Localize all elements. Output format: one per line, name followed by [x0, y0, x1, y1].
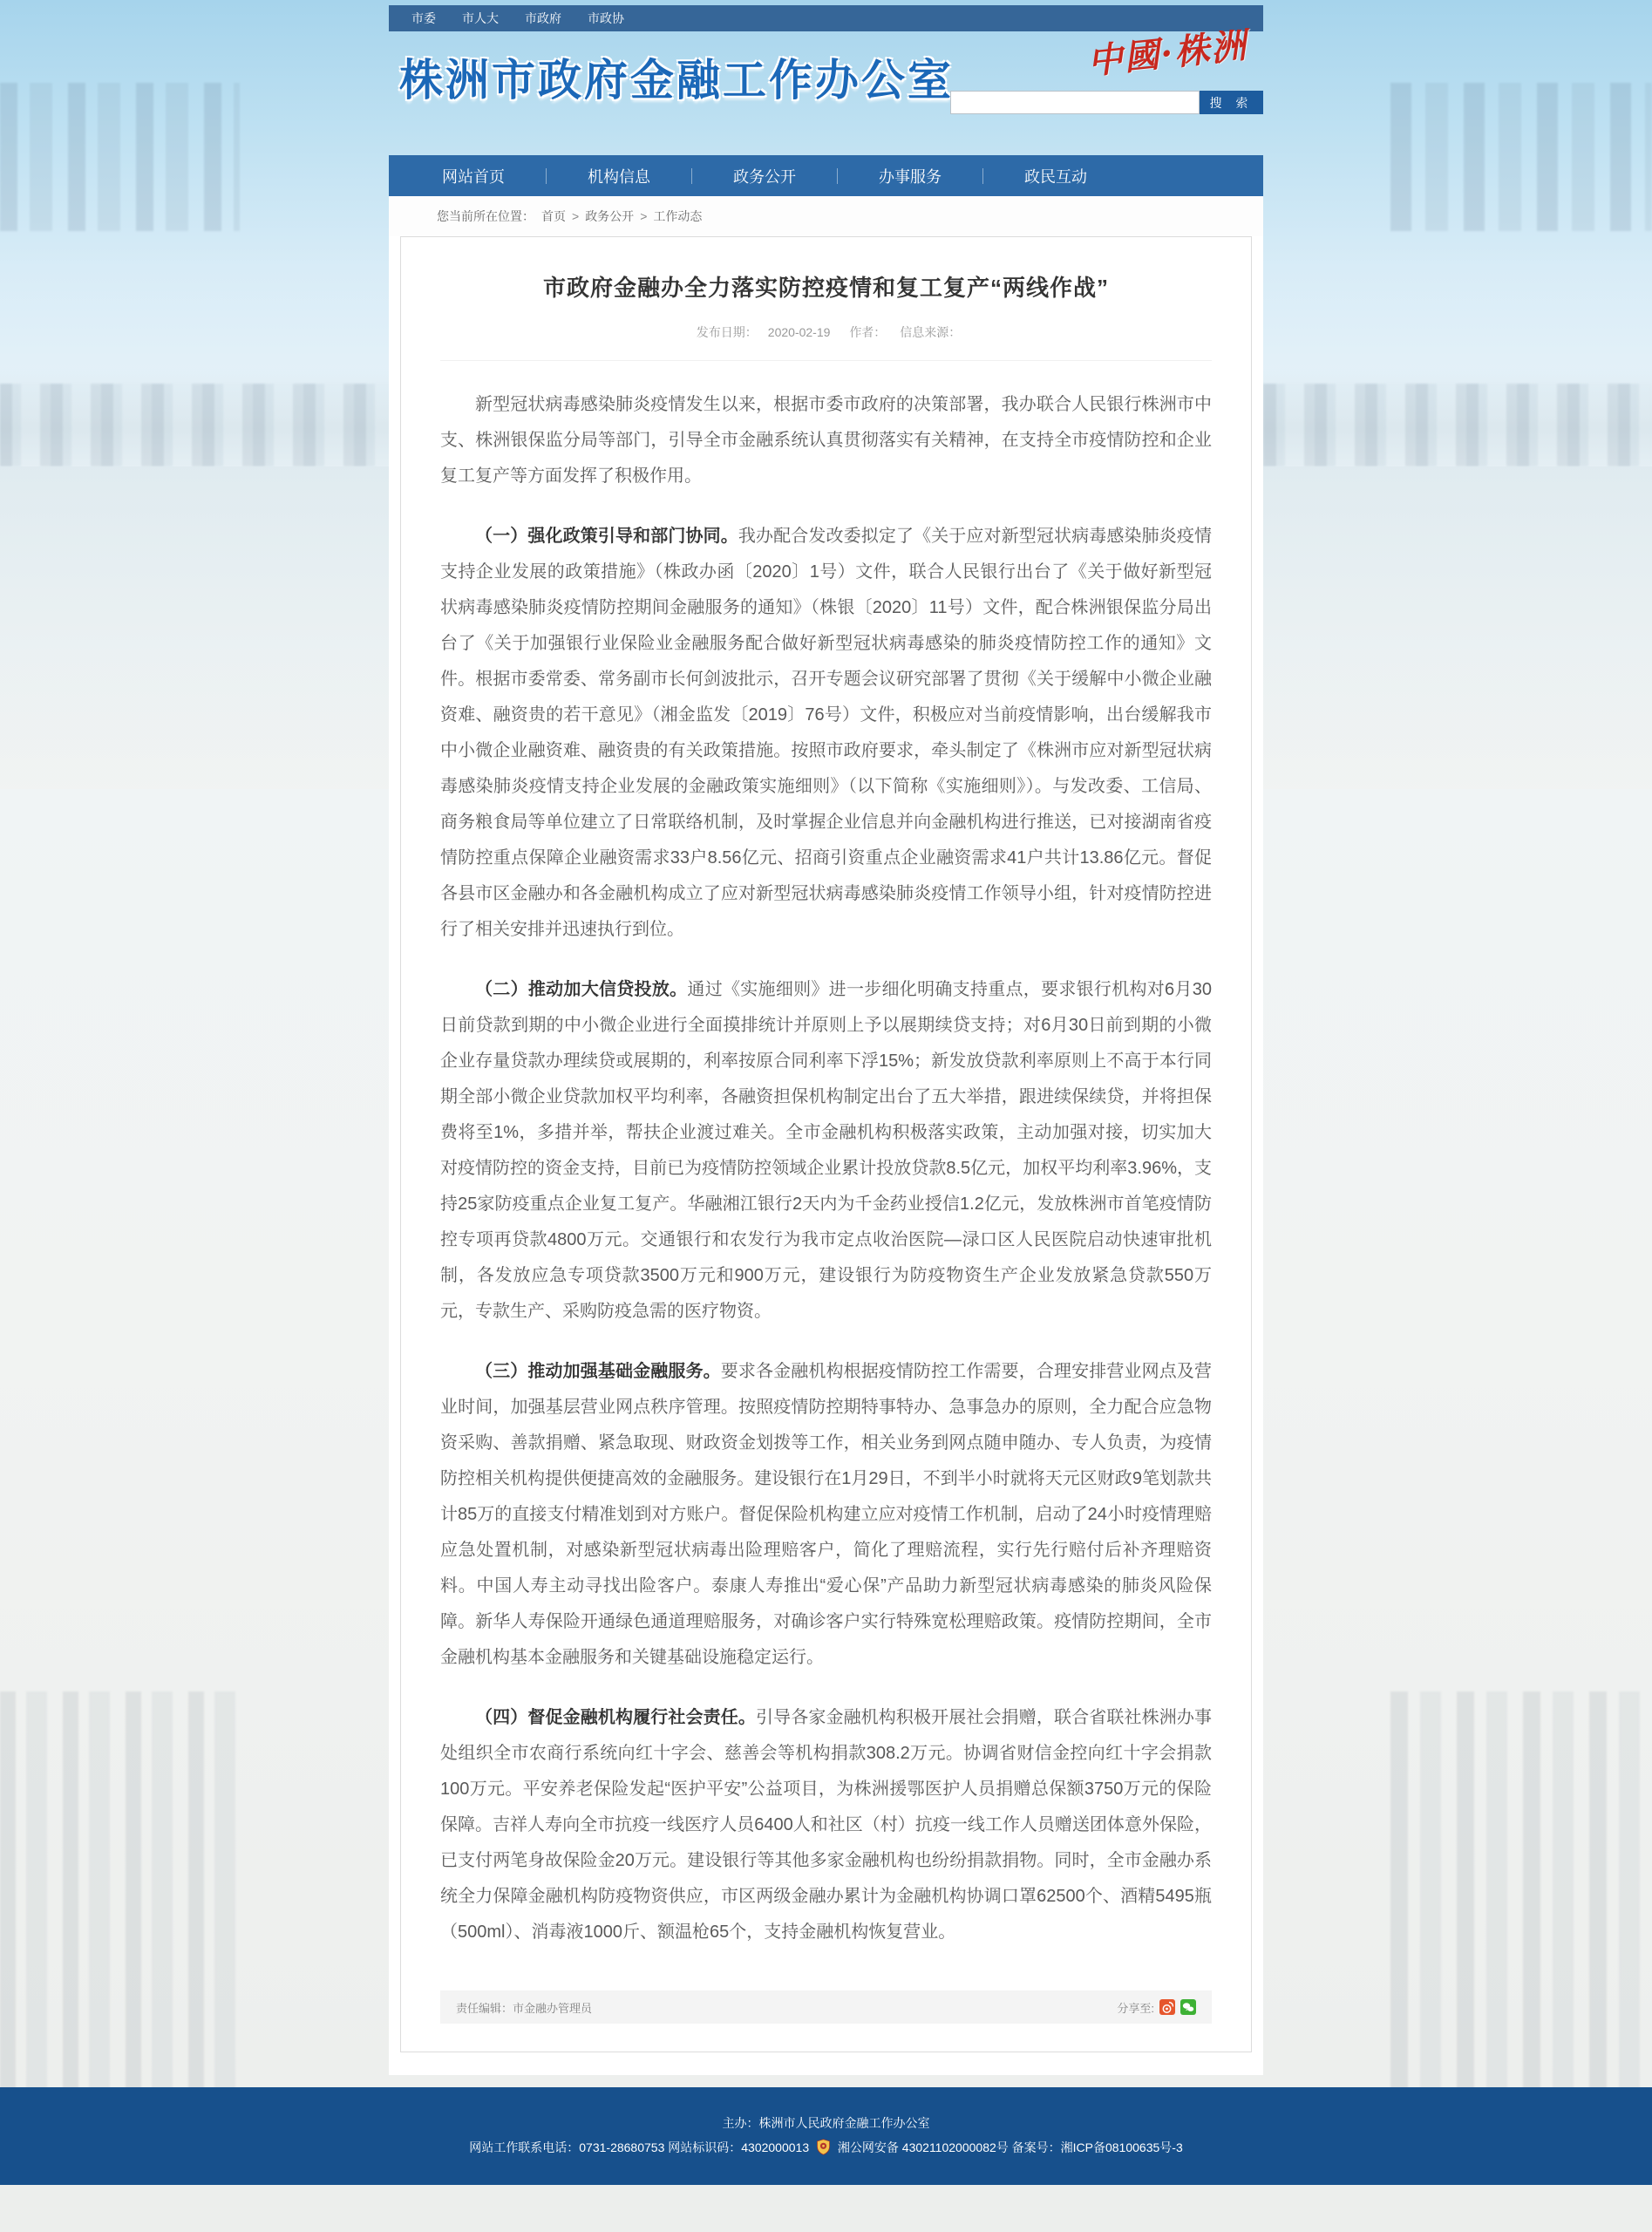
top-gov-links-bar: 市委市人大市政府市政协 [389, 5, 1263, 31]
breadcrumb-prefix: 您当前所在位置： [437, 208, 534, 225]
author-label: 作者： [849, 325, 886, 339]
article-meta: 发布日期：2020-02-19 作者： 信息来源： [440, 323, 1212, 361]
editor-credit: 责任编辑：市金融办管理员 [456, 1999, 592, 2016]
paragraph-text: 新型冠状病毒感染肺炎疫情发生以来，根据市委市政府的决策部署，我办联合人民银行株洲… [440, 395, 1212, 486]
footer-record-right: 湘公网安备 43021102000082号 备案号：湘ICP备08100635号… [838, 2140, 1183, 2154]
paragraph-lead: （四）督促金融机构履行社会责任。 [475, 1708, 756, 1727]
breadcrumb-items: 首页>政务公开>工作动态 [541, 208, 702, 225]
search-button[interactable]: 搜 索 [1200, 91, 1263, 114]
city-skyline-top-left [0, 83, 240, 231]
article-paragraph: 新型冠状病毒感染肺炎疫情发生以来，根据市委市政府的决策部署，我办联合人民银行株洲… [440, 387, 1212, 494]
paragraph-text: 我办配合发改委拟定了《关于应对新型冠状病毒感染肺炎疫情支持企业发展的政策措施》（… [440, 527, 1212, 939]
topbar-link[interactable]: 市政府 [525, 10, 561, 27]
publish-date-label: 发布日期：2020-02-19 [691, 325, 836, 339]
nav-item[interactable]: 机构信息 [547, 165, 691, 187]
paragraph-lead: （二）推动加大信贷投放。 [475, 980, 687, 999]
search-input[interactable] [950, 91, 1200, 114]
breadcrumb: 您当前所在位置： 首页>政务公开>工作动态 [389, 196, 1263, 236]
share-widget: 分享至: [1117, 1999, 1196, 2016]
breadcrumb-link[interactable]: 首页 [541, 209, 566, 223]
nav-item[interactable]: 政务公开 [692, 165, 837, 187]
nav-item[interactable]: 政民互动 [983, 165, 1128, 187]
article-body: 新型冠状病毒感染肺炎疫情发生以来，根据市委市政府的决策部署，我办联合人民银行株洲… [440, 387, 1212, 1950]
city-skyline-top-right [1390, 83, 1652, 231]
topbar-link[interactable]: 市委 [411, 10, 436, 27]
site-header: 株洲市政府金融工作办公室 中國·株洲 搜 索 [389, 31, 1263, 155]
breadcrumb-separator-icon: > [572, 209, 579, 223]
site-title: 株洲市政府金融工作办公室 [399, 45, 954, 108]
topbar-link[interactable]: 市人大 [462, 10, 499, 27]
article-paragraph: （一）强化政策引导和部门协同。我办配合发改委拟定了《关于应对新型冠状病毒感染肺炎… [440, 519, 1212, 948]
page-column: 市委市人大市政府市政协 株洲市政府金融工作办公室 中國·株洲 搜 索 网站首页机… [389, 5, 1263, 2075]
footer-contact-line: 网站工作联系电话：0731-28680753 网站标识码：4302000013 … [0, 2138, 1652, 2157]
paragraph-text: 要求各金融机构根据疫情防控工作需要，合理安排营业网点及营业时间，加强基层营业网点… [440, 1362, 1212, 1667]
paragraph-text: 通过《实施细则》进一步细化明确支持重点，要求银行机构对6月30日前贷款到期的中小… [440, 980, 1212, 1321]
main-navigation: 网站首页机构信息政务公开办事服务政民互动 [389, 155, 1263, 196]
footer-organizer: 主办：株洲市人民政府金融工作办公室 [0, 2113, 1652, 2133]
nav-item[interactable]: 办事服务 [838, 165, 982, 187]
article-paragraph: （四）督促金融机构履行社会责任。引导各家金融机构积极开展社会捐赠，联合省联社株洲… [440, 1700, 1212, 1950]
article-container: 市政府金融办全力落实防控疫情和复工复产“两线作战” 发布日期：2020-02-1… [400, 236, 1252, 2052]
paragraph-lead: （三）推动加强基础金融服务。 [475, 1362, 721, 1381]
weibo-icon[interactable] [1159, 1999, 1175, 2015]
publish-date-value: 2020-02-19 [768, 325, 831, 339]
breadcrumb-link[interactable]: 工作动态 [653, 209, 702, 223]
police-badge-icon [816, 2139, 831, 2155]
article-paragraph: （二）推动加大信贷投放。通过《实施细则》进一步细化明确支持重点，要求银行机构对6… [440, 972, 1212, 1330]
content-area: 您当前所在位置： 首页>政务公开>工作动态 市政府金融办全力落实防控疫情和复工复… [389, 196, 1263, 2075]
search-bar: 搜 索 [950, 91, 1263, 114]
source-label: 信息来源： [900, 325, 961, 339]
breadcrumb-separator-icon: > [640, 209, 647, 223]
article-paragraph: （三）推动加强基础金融服务。要求各金融机构根据疫情防控工作需要，合理安排营业网点… [440, 1354, 1212, 1676]
page-footer: 主办：株洲市人民政府金融工作办公室 网站工作联系电话：0731-28680753… [0, 2087, 1652, 2185]
nav-item[interactable]: 网站首页 [401, 165, 546, 187]
breadcrumb-link[interactable]: 政务公开 [585, 209, 634, 223]
editor-bar: 责任编辑：市金融办管理员 分享至: [440, 1990, 1212, 2024]
footer-contact-left: 网站工作联系电话：0731-28680753 网站标识码：4302000013 [469, 2140, 809, 2154]
paragraph-text: 引导各家金融机构积极开展社会捐赠，联合省联社株洲办事处组织全市农商行系统向红十字… [440, 1708, 1212, 1942]
paragraph-lead: （一）强化政策引导和部门协同。 [475, 527, 738, 546]
topbar-link[interactable]: 市政协 [588, 10, 624, 27]
share-label: 分享至: [1117, 1999, 1154, 2016]
article-title: 市政府金融办全力落实防控疫情和复工复产“两线作战” [440, 270, 1212, 303]
wechat-icon[interactable] [1180, 1999, 1196, 2015]
